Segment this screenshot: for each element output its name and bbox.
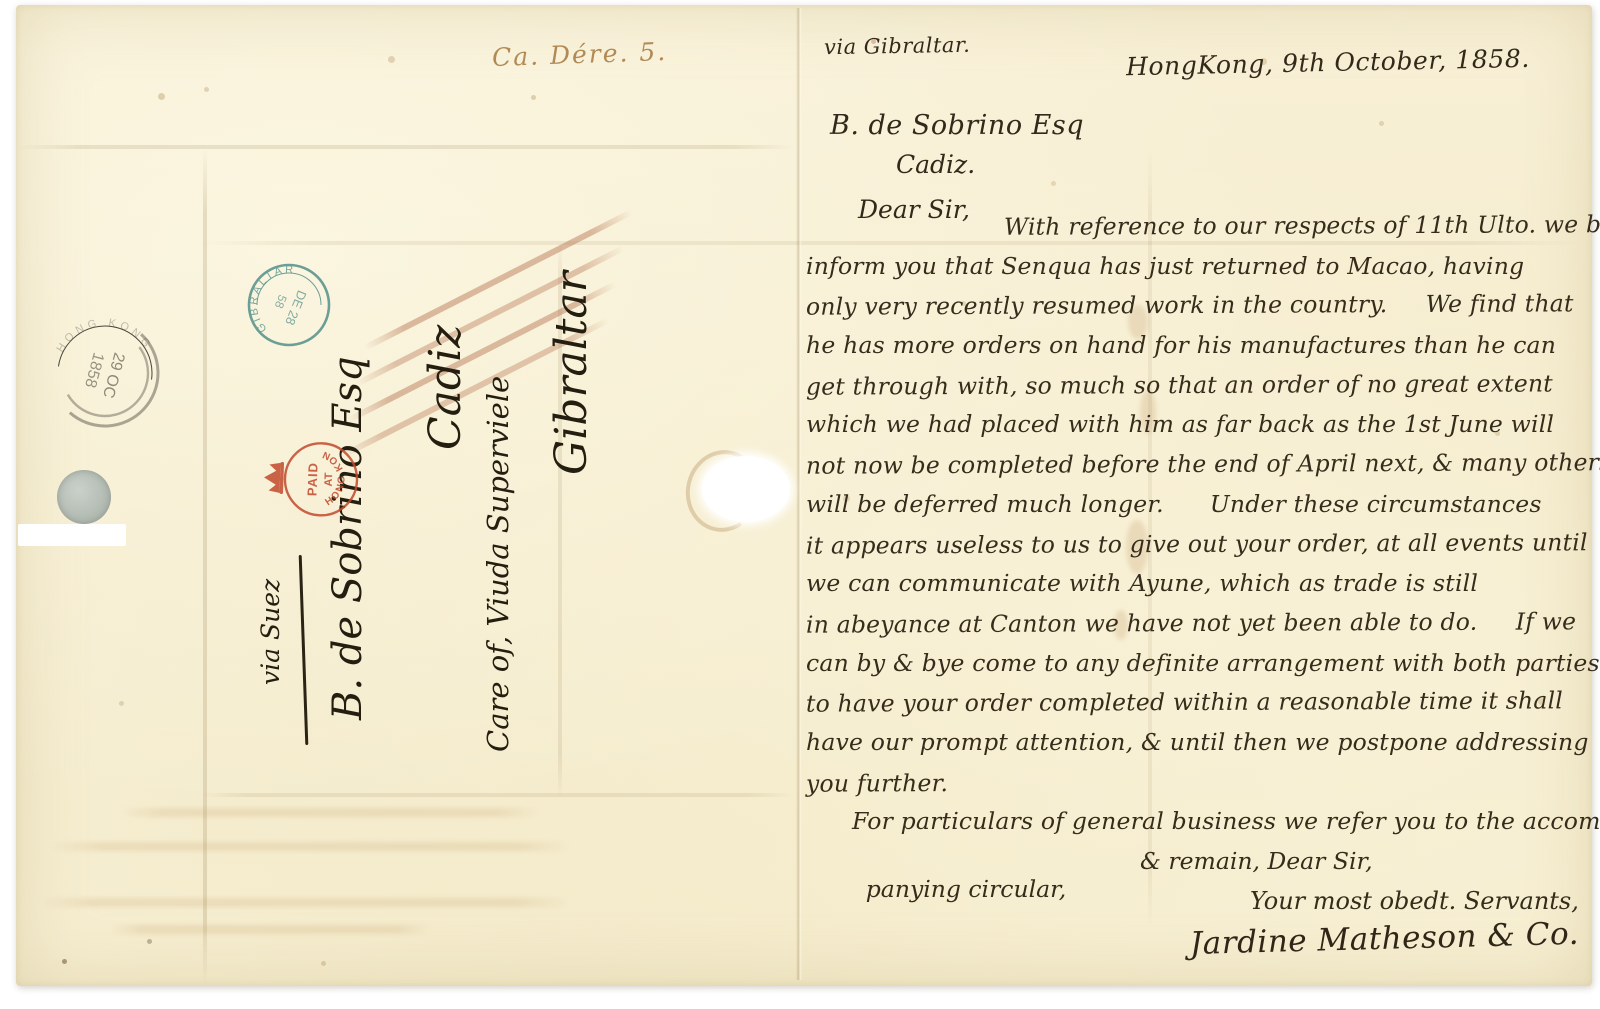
body-line: in abeyance at Canton we have not yet be… — [806, 607, 1568, 650]
body-line: you further. — [806, 766, 1568, 809]
recipient-line: B. de Sobrino Esq — [830, 110, 1084, 141]
foxing-specks — [0, 0, 3, 3]
paid-at-hongkong-stamp: HONG KONG PAID AT — [249, 417, 373, 541]
paper-sheet: Ca. Dére. 5. via Suez B. de Sobrino Esq … — [16, 5, 1592, 986]
scanned-letter: Ca. Dére. 5. via Suez B. de Sobrino Esq … — [0, 0, 1600, 1009]
closing-row: panying circular, & remain, Dear Sir, — [806, 847, 1568, 887]
closing-right: & remain, Dear Sir, — [1140, 847, 1373, 875]
bleed-through — [40, 898, 570, 907]
fold-crease — [203, 147, 207, 985]
hongkong-datestamp: HONG KONG 29 OC 1858 — [42, 310, 168, 436]
body-line: will be deferred much longer. Under thes… — [806, 490, 1568, 530]
closing-left: panying circular, — [866, 875, 1066, 903]
svg-text:PAID: PAID — [304, 462, 320, 497]
body-line: which we had placed with him as far back… — [806, 410, 1568, 450]
recipient-city: Cadiz. — [896, 150, 975, 179]
body-line: he has more orders on hand for his manuf… — [806, 331, 1568, 371]
fold-crease — [200, 793, 795, 797]
bleed-through — [50, 842, 570, 851]
svg-text:58: 58 — [272, 293, 290, 311]
body-line: to have your order completed within a re… — [806, 687, 1568, 730]
dateline: HongKong, 9th October, 1858. — [1126, 44, 1530, 81]
address-city: Cadiz — [424, 270, 470, 450]
bleed-through — [120, 808, 540, 817]
paper-patch — [18, 524, 126, 546]
svg-text:HONG KONG: HONG KONG — [249, 445, 349, 541]
body-line: not now be completed before the end of A… — [806, 448, 1568, 491]
wafer-seal — [57, 470, 111, 524]
body-line: have our prompt attention, & until then … — [806, 728, 1568, 768]
body-line: With reference to our respects of 11th U… — [806, 210, 1568, 253]
crown-icon — [264, 462, 281, 493]
body-line: we can communicate with Ayune, which as … — [806, 569, 1568, 609]
body-line: get through with, so much so that an ord… — [806, 369, 1568, 412]
fold-crease — [18, 145, 796, 149]
gibraltar-datestamp: GIBRALTAR DE 28 58 — [235, 251, 343, 359]
center-seam — [796, 8, 802, 980]
address-care-of: Care of, Viuda Superviele — [470, 270, 540, 752]
body-line: can by & bye come to any definite arrang… — [806, 649, 1568, 689]
address-destination: Gibraltar — [540, 270, 620, 475]
body-line: inform you that Senqua has just returned… — [806, 252, 1568, 292]
body-line: only very recently resumed work in the c… — [806, 290, 1568, 333]
docketing-note: Ca. Dére. 5. — [492, 37, 668, 72]
body-line: it appears useless to us to give out you… — [806, 528, 1568, 571]
route-note: via Gibraltar. — [824, 33, 971, 60]
svg-text:AT: AT — [323, 472, 335, 487]
letter-body: With reference to our respects of 11th U… — [806, 212, 1568, 972]
body-line: For particulars of general business we r… — [806, 807, 1568, 847]
bleed-through — [110, 925, 430, 934]
seal-tear-hole — [702, 456, 790, 522]
